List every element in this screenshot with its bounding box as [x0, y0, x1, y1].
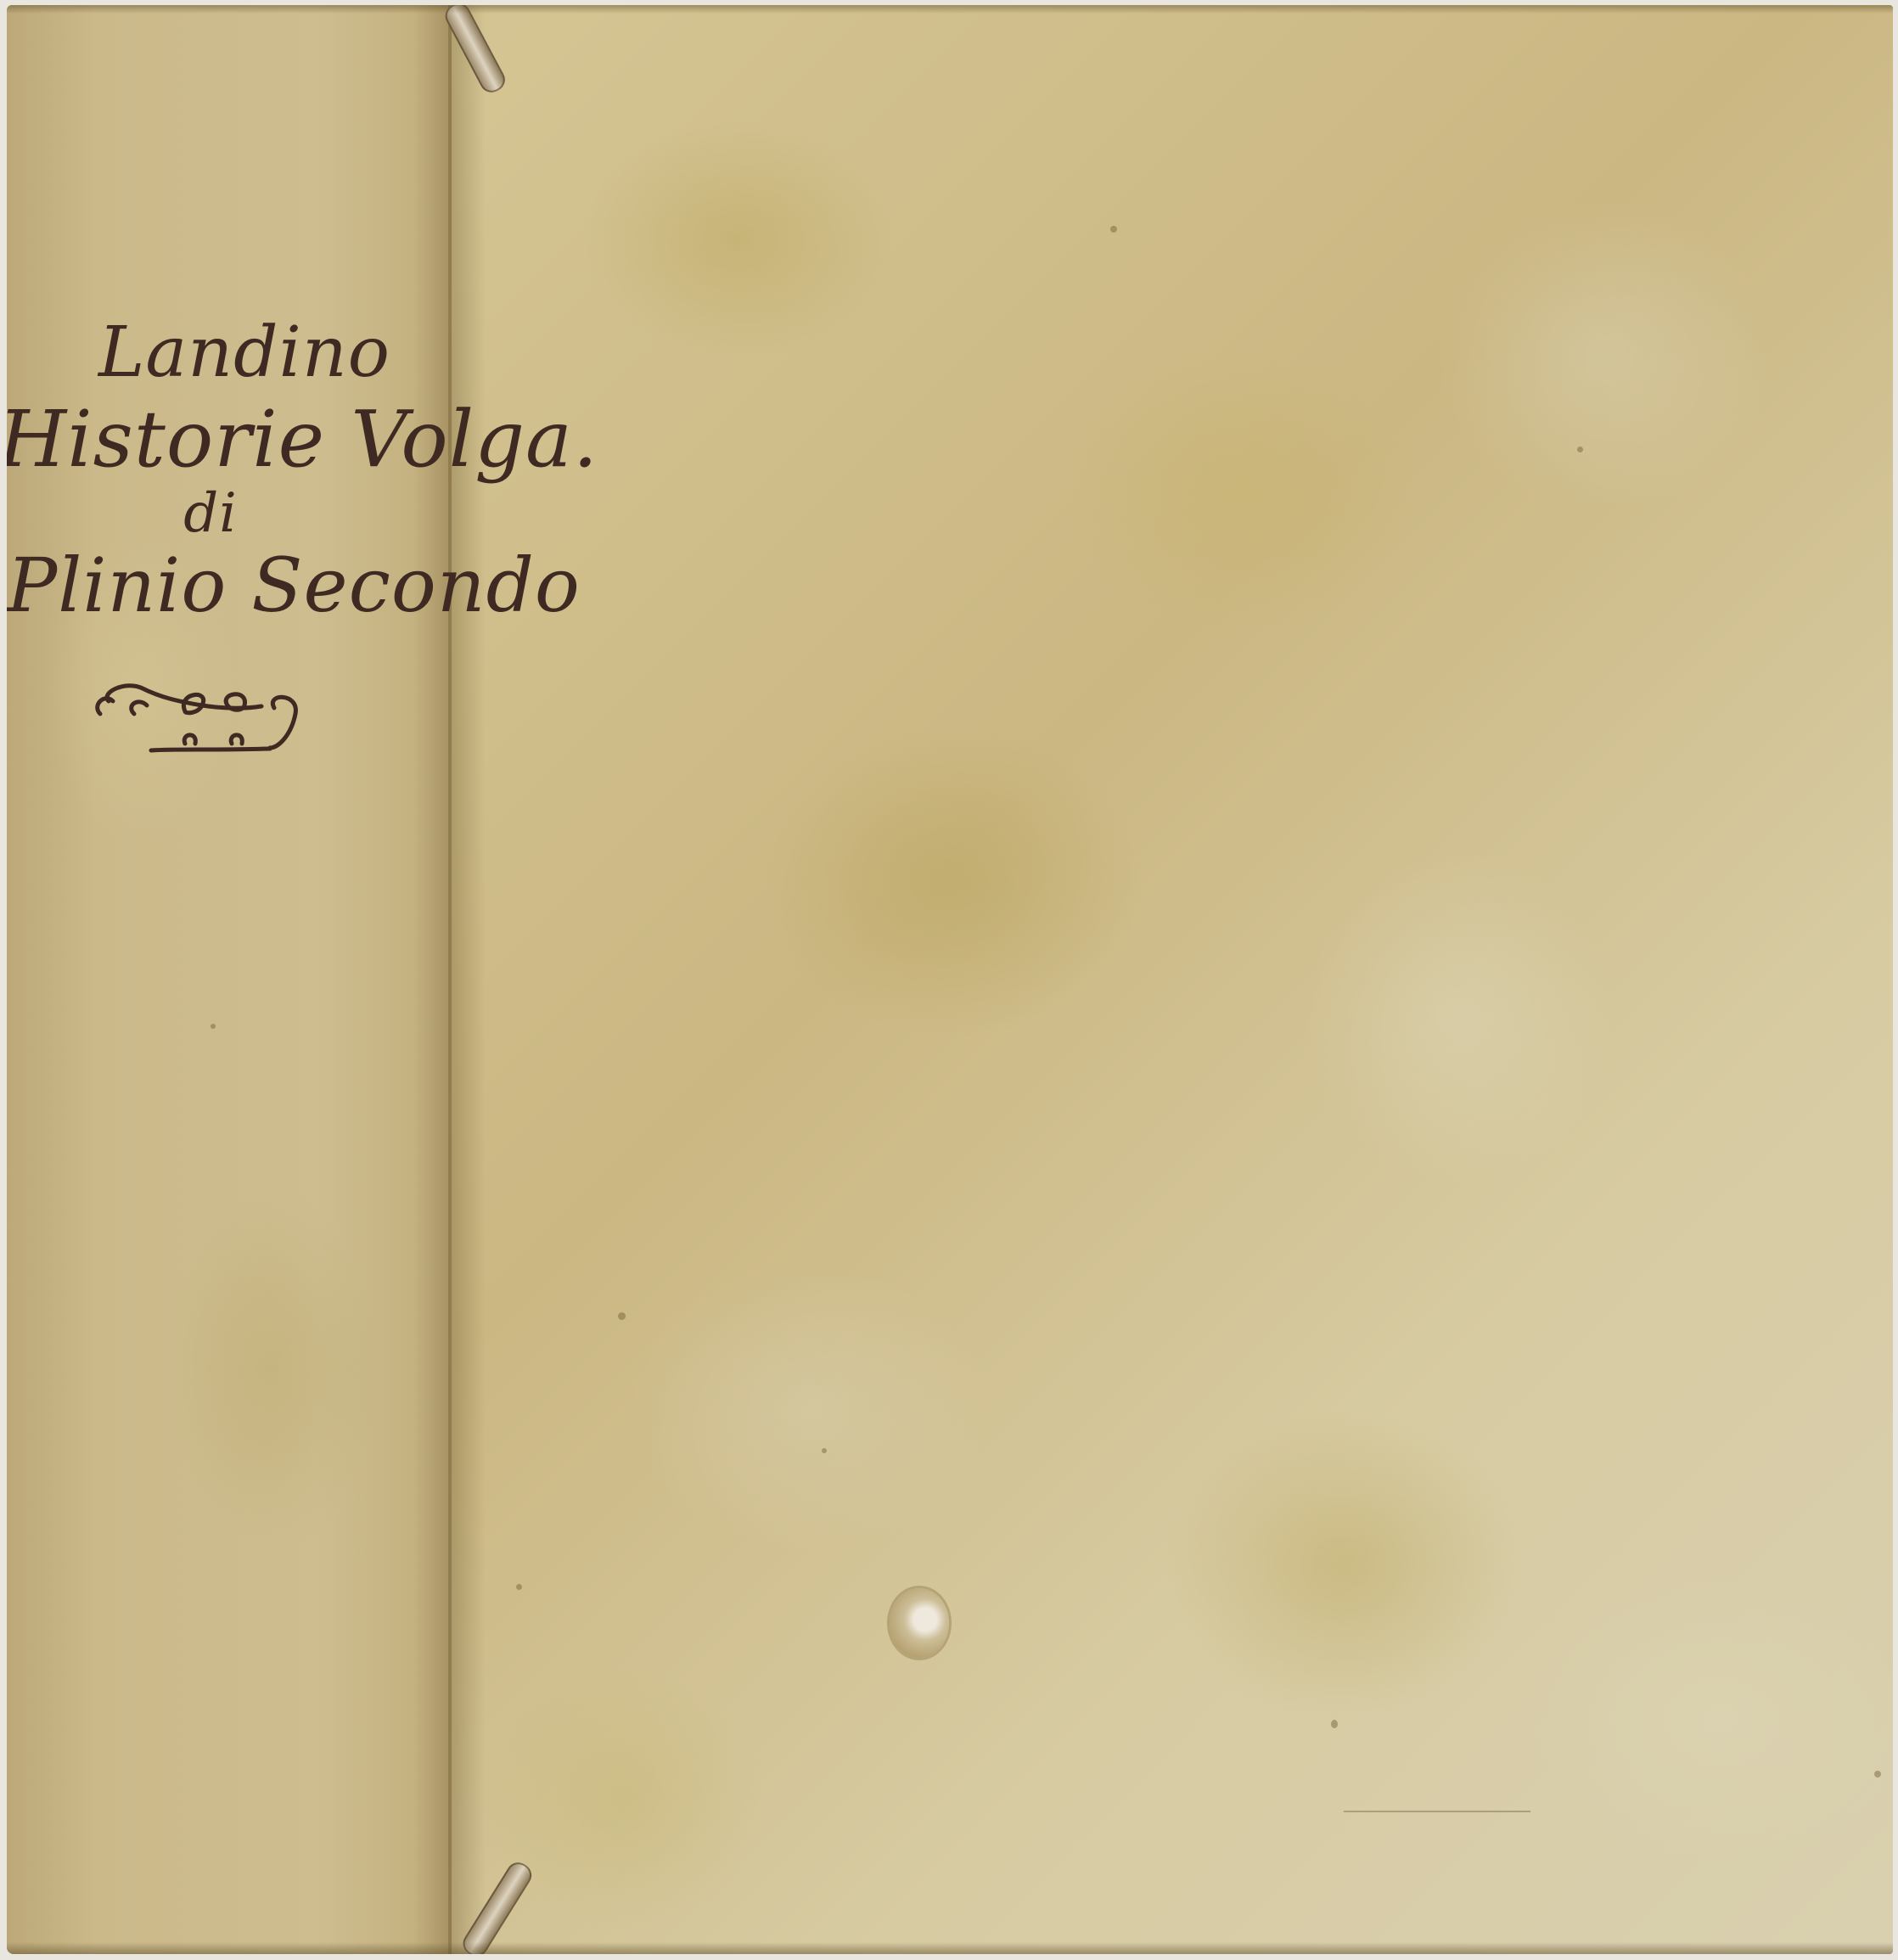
foxing-spot [1577, 446, 1583, 452]
ink-flourish-icon [92, 667, 329, 761]
foxing-spot [211, 1024, 216, 1029]
top-edge-shadow [7, 5, 1893, 14]
spine-title-line-di: di [7, 484, 448, 543]
cover-crease [1344, 1811, 1530, 1812]
foxing-spot [1110, 226, 1117, 233]
foxing-spot [516, 1584, 522, 1590]
foxing-spot [822, 1448, 827, 1453]
spine-title: Landino Historie Volga. di Plinio Second… [7, 311, 448, 628]
foxing-spot [618, 1312, 626, 1320]
cover-groove [452, 5, 486, 1954]
book: Landino Historie Volga. di Plinio Second… [7, 5, 1893, 1954]
tie-hole [890, 1588, 949, 1658]
bottom-edge-shadow [7, 1942, 1893, 1954]
spine-title-line-title: Historie Volga. [7, 396, 448, 484]
spine-title-line-author: Landino [41, 311, 448, 396]
spine-title-line-subject: Plinio Secondo [7, 543, 448, 628]
foxing-spot [1331, 1720, 1338, 1728]
spine-fold-shadow [7, 5, 448, 1954]
foxing-spot [1874, 1771, 1881, 1777]
front-cover [448, 5, 1893, 1954]
